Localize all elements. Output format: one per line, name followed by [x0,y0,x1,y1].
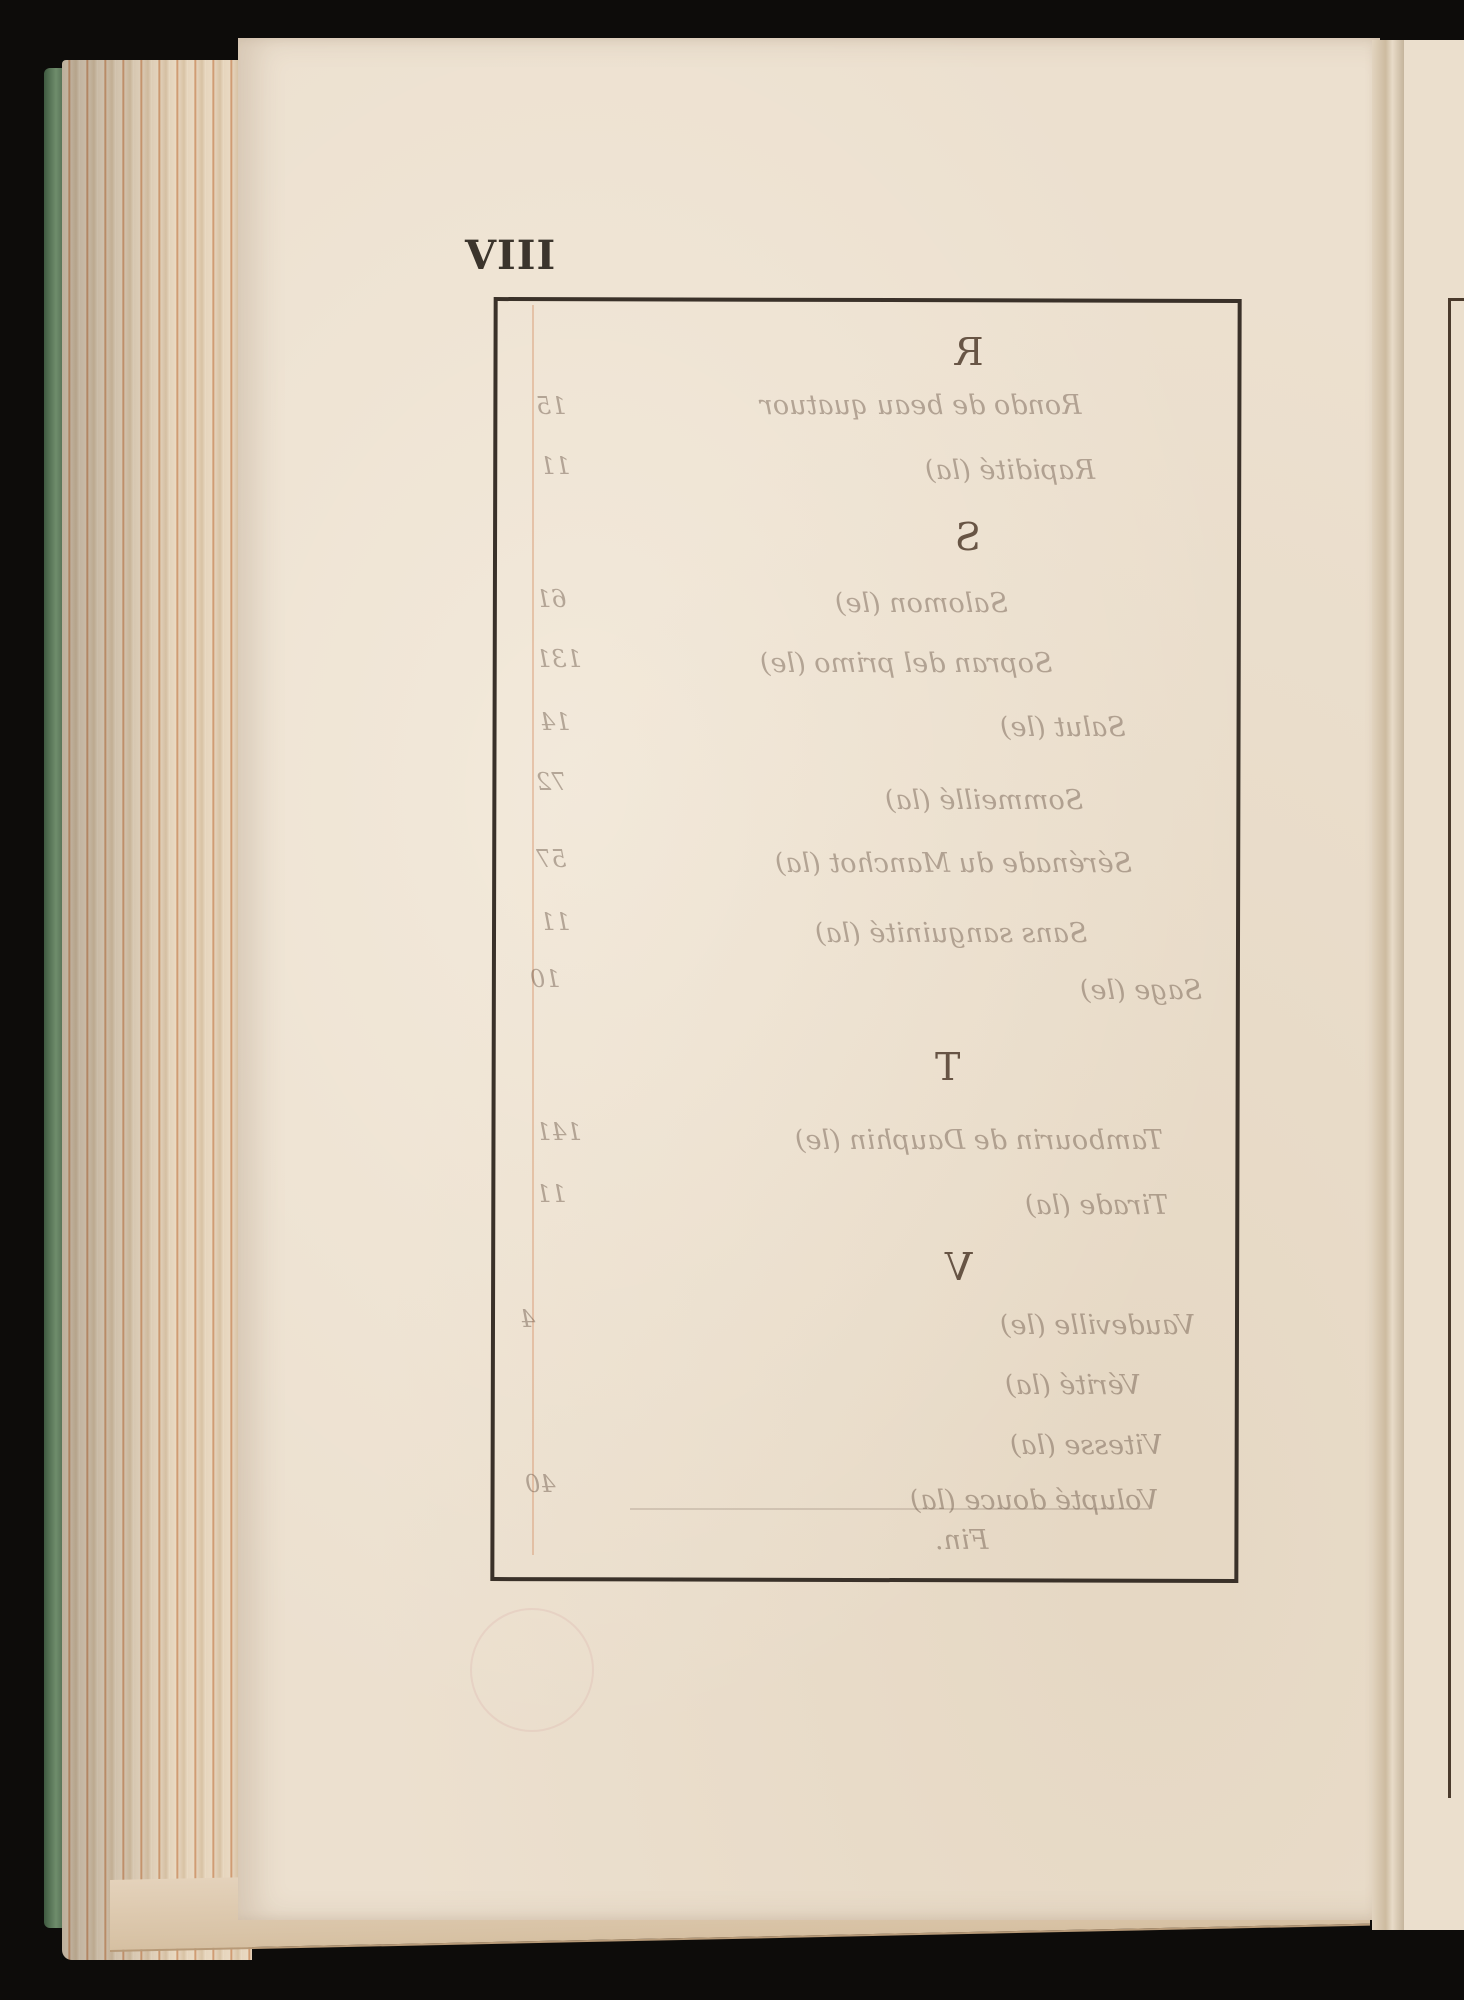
bleed-entry: Vérité (la) [1005,1370,1141,1401]
bleed-entry: Sommeillé (la) [885,785,1083,816]
bleed-closing: Fin. [935,1525,988,1556]
bleed-entry: Salut (le) [1000,712,1126,743]
bleed-entry: Vitesse (la) [1010,1430,1163,1461]
facing-page [1404,40,1464,1930]
bleed-entry-number: 11 [536,1180,567,1208]
bleed-entry-number: 11 [540,908,571,936]
bleed-entry-number: 61 [536,585,567,613]
bleed-entry: Sérénade du Manchot (la) [775,848,1132,879]
page-edge-shadow [62,60,252,1960]
faint-stamp [470,1608,594,1732]
bleed-entry-number: 72 [536,768,567,796]
book-gutter [1372,40,1406,1930]
section-letter-v: V [945,1245,972,1289]
facing-page-frame-rule [1448,298,1451,1798]
bleed-entry-number: 14 [540,708,571,736]
bleed-entry: Tirade (la) [1025,1190,1168,1221]
section-letter-r: R [955,330,984,374]
section-letter-t: T [935,1045,960,1089]
bleed-entry: Vaudeville (le) [1000,1310,1195,1341]
bleed-entry-number: 131 [536,645,582,673]
bleed-entry-number: 141 [536,1118,582,1146]
section-letter-s: S [955,515,981,559]
bleed-entry-number: 11 [540,452,571,480]
bleed-entry: Sage (le) [1080,975,1202,1006]
bleed-entry: Salomon (le) [835,588,1008,619]
bleed-entry: Sopran del primo (le) [760,648,1052,679]
bleed-entry: Rapidité (la) [925,455,1095,486]
bleed-entry-number: 57 [536,845,567,873]
margin-rule [532,305,534,1555]
bleed-entry: Rondo de beau quatuor [760,390,1081,421]
facing-page-frame-rule-top [1448,298,1464,301]
bleed-entry-number: 40 [525,1470,556,1498]
bleed-entry: Sans sanguinité (la) [815,918,1087,949]
bleed-entry-number: 4 [520,1305,535,1333]
bleed-entry: Volupté douce (la) [910,1485,1158,1516]
bleed-rule [630,1508,1150,1510]
bleed-entry-number: 15 [536,392,567,420]
page-number: VIII [465,232,556,279]
bleed-entry-number: 10 [530,965,561,993]
bleed-entry: Tambourin de Dauphin (le) [795,1125,1163,1156]
